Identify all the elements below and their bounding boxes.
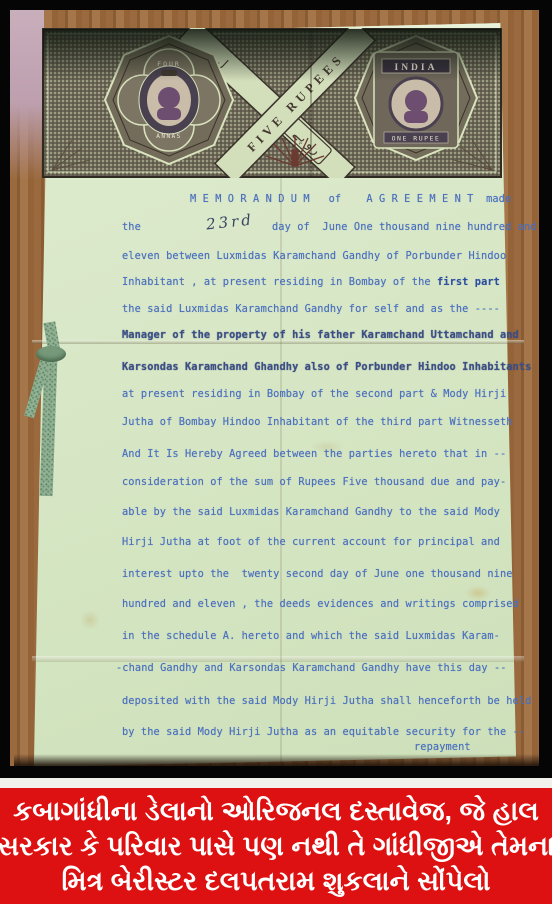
- typed-line: at present residing in Bombay of the sec…: [122, 388, 506, 400]
- typed-agreement-text: M E M O R A N D U M of A G R E E M E N T…: [10, 10, 539, 766]
- typed-line: deposited with the said Mody Hirji Jutha…: [122, 695, 531, 707]
- typed-line: hundred and eleven , the deeds evidences…: [122, 598, 519, 610]
- typed-line: interest upto the twenty second day of J…: [122, 568, 513, 580]
- typed-line: by the said Mody Hirji Jutha as an equit…: [122, 726, 525, 738]
- typed-line: in the schedule A. hereto and which the …: [122, 630, 500, 642]
- typed-line: -chand Gandhy and Karsondas Karamchand G…: [116, 662, 507, 674]
- screenshot-root: روپے ۵ ل FIVE RUPEES: [0, 0, 552, 904]
- ribbon-knot: [36, 346, 66, 362]
- typed-line: Karsondas Karamchand Ghandhy also of Por…: [122, 361, 531, 373]
- typed-line-date: the23rdday of June One thousand nine hun…: [122, 221, 141, 233]
- caption-line: સરકાર કે પરિવાર પાસે પણ નથી તે ગાંધીજીએ …: [0, 829, 552, 863]
- typed-line: And It Is Hereby Agreed between the part…: [122, 448, 506, 460]
- memorandum-title: M E M O R A N D U M of A G R E E M E N T…: [190, 193, 511, 205]
- caption-banner: કબાગાંધીના ડેલાનો ઓરિજનલ દસ્તાવેજ, જે હા…: [0, 788, 552, 904]
- typed-line-repayment: repayment: [414, 741, 471, 753]
- caption-line: મિત્ર બેરીસ્ટર દલપતરામ શુકલાને સોંપેલો: [61, 864, 490, 898]
- caption-line: કબાગાંધીના ડેલાનો ઓરિજનલ દસ્તાવેજ, જે હા…: [13, 794, 539, 828]
- typed-line: Hirji Jutha at foot of the current accou…: [122, 536, 500, 548]
- document-photo: روپے ۵ ل FIVE RUPEES: [0, 0, 552, 778]
- typed-line: able by the said Luxmidas Karamchand Gan…: [122, 506, 500, 518]
- typed-line: Inhabitant , at present residing in Bomb…: [122, 276, 500, 288]
- typed-line: eleven between Luxmidas Karamchand Gandh…: [122, 250, 506, 262]
- typed-line: Manager of the property of his father Ka…: [122, 329, 519, 341]
- wood-table-background: روپے ۵ ل FIVE RUPEES: [10, 10, 539, 766]
- typed-line: consideration of the sum of Rupees Five …: [122, 476, 506, 488]
- typed-line: the said Luxmidas Karamchand Gandhy for …: [122, 303, 500, 315]
- typed-line: Jutha of Bombay Hindoo Inhabitant of the…: [122, 416, 513, 428]
- paper-bottom-shadow: [14, 754, 539, 766]
- white-divider-strip: [0, 778, 552, 788]
- handwritten-date: 23rd: [205, 211, 254, 234]
